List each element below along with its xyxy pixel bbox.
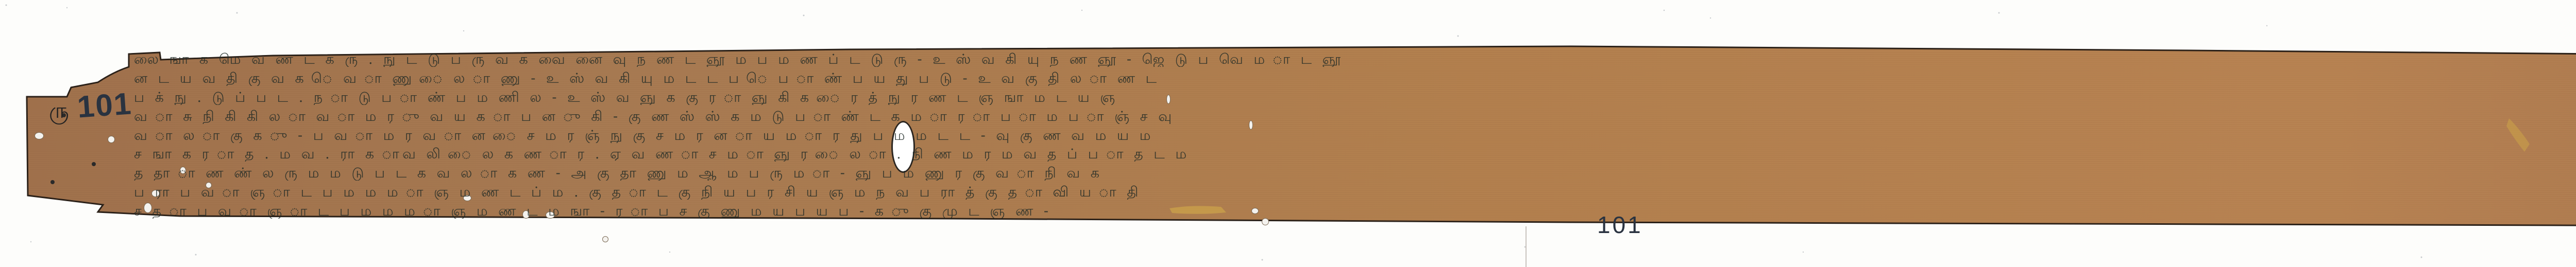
text-line: வ ா சு நி கி கி ல ா வ ா ம ர ு வ ய க ா ப … [134, 109, 2576, 124]
folio-number-left: 101 [76, 85, 133, 124]
worm-hole [603, 237, 608, 242]
worm-hole [108, 136, 114, 143]
manuscript-text: லை ஙா க மெ வ ண ட க ரு . நு ட டு ப ரு வ க… [134, 51, 2576, 219]
worm-hole [1262, 219, 1268, 225]
text-line: ச த ா ப வ ா ஞ ா ட ப ம ம ம ா ஞ ம ண ட ம ஙா… [134, 203, 2576, 219]
folio-mark-left: ரு [49, 98, 69, 126]
worm-hole [35, 133, 43, 139]
text-line: ப க் நு . டு ப் ப ட . ந ா டு ப ா ண் ப ம … [134, 90, 2576, 105]
text-line: ன ட ய வ தி கு வ க ெ வ ா ணு ை ல ா ணு - உ … [134, 70, 2576, 86]
ink-dot [92, 162, 96, 166]
text-line: த தா ா ண ண் ல ரு ம ம டு ப ட க வ ல ா க ண … [134, 165, 2576, 181]
palm-leaf: ரு 101 101 101 லை ஙா க மெ வ ண ட க ரு . ந… [26, 41, 2576, 229]
text-line: ப ரா ப வ ா ஞ ா ட ப ம ம ம ா ஞ ம ண ட ப் ம … [134, 184, 2576, 200]
text-line: வ ா ல ா கு க ு - ப வ ா ம ர வ ா ன ை ச ம ர… [134, 128, 2576, 143]
text-line: ச ஙா க ர ா த . ம வ . ரா க ாவ லி ை ல க ண … [134, 146, 2576, 162]
text-line: லை ஙா க மெ வ ண ட க ரு . நு ட டு ப ரு வ க… [134, 51, 2576, 67]
ink-dot [50, 180, 55, 184]
